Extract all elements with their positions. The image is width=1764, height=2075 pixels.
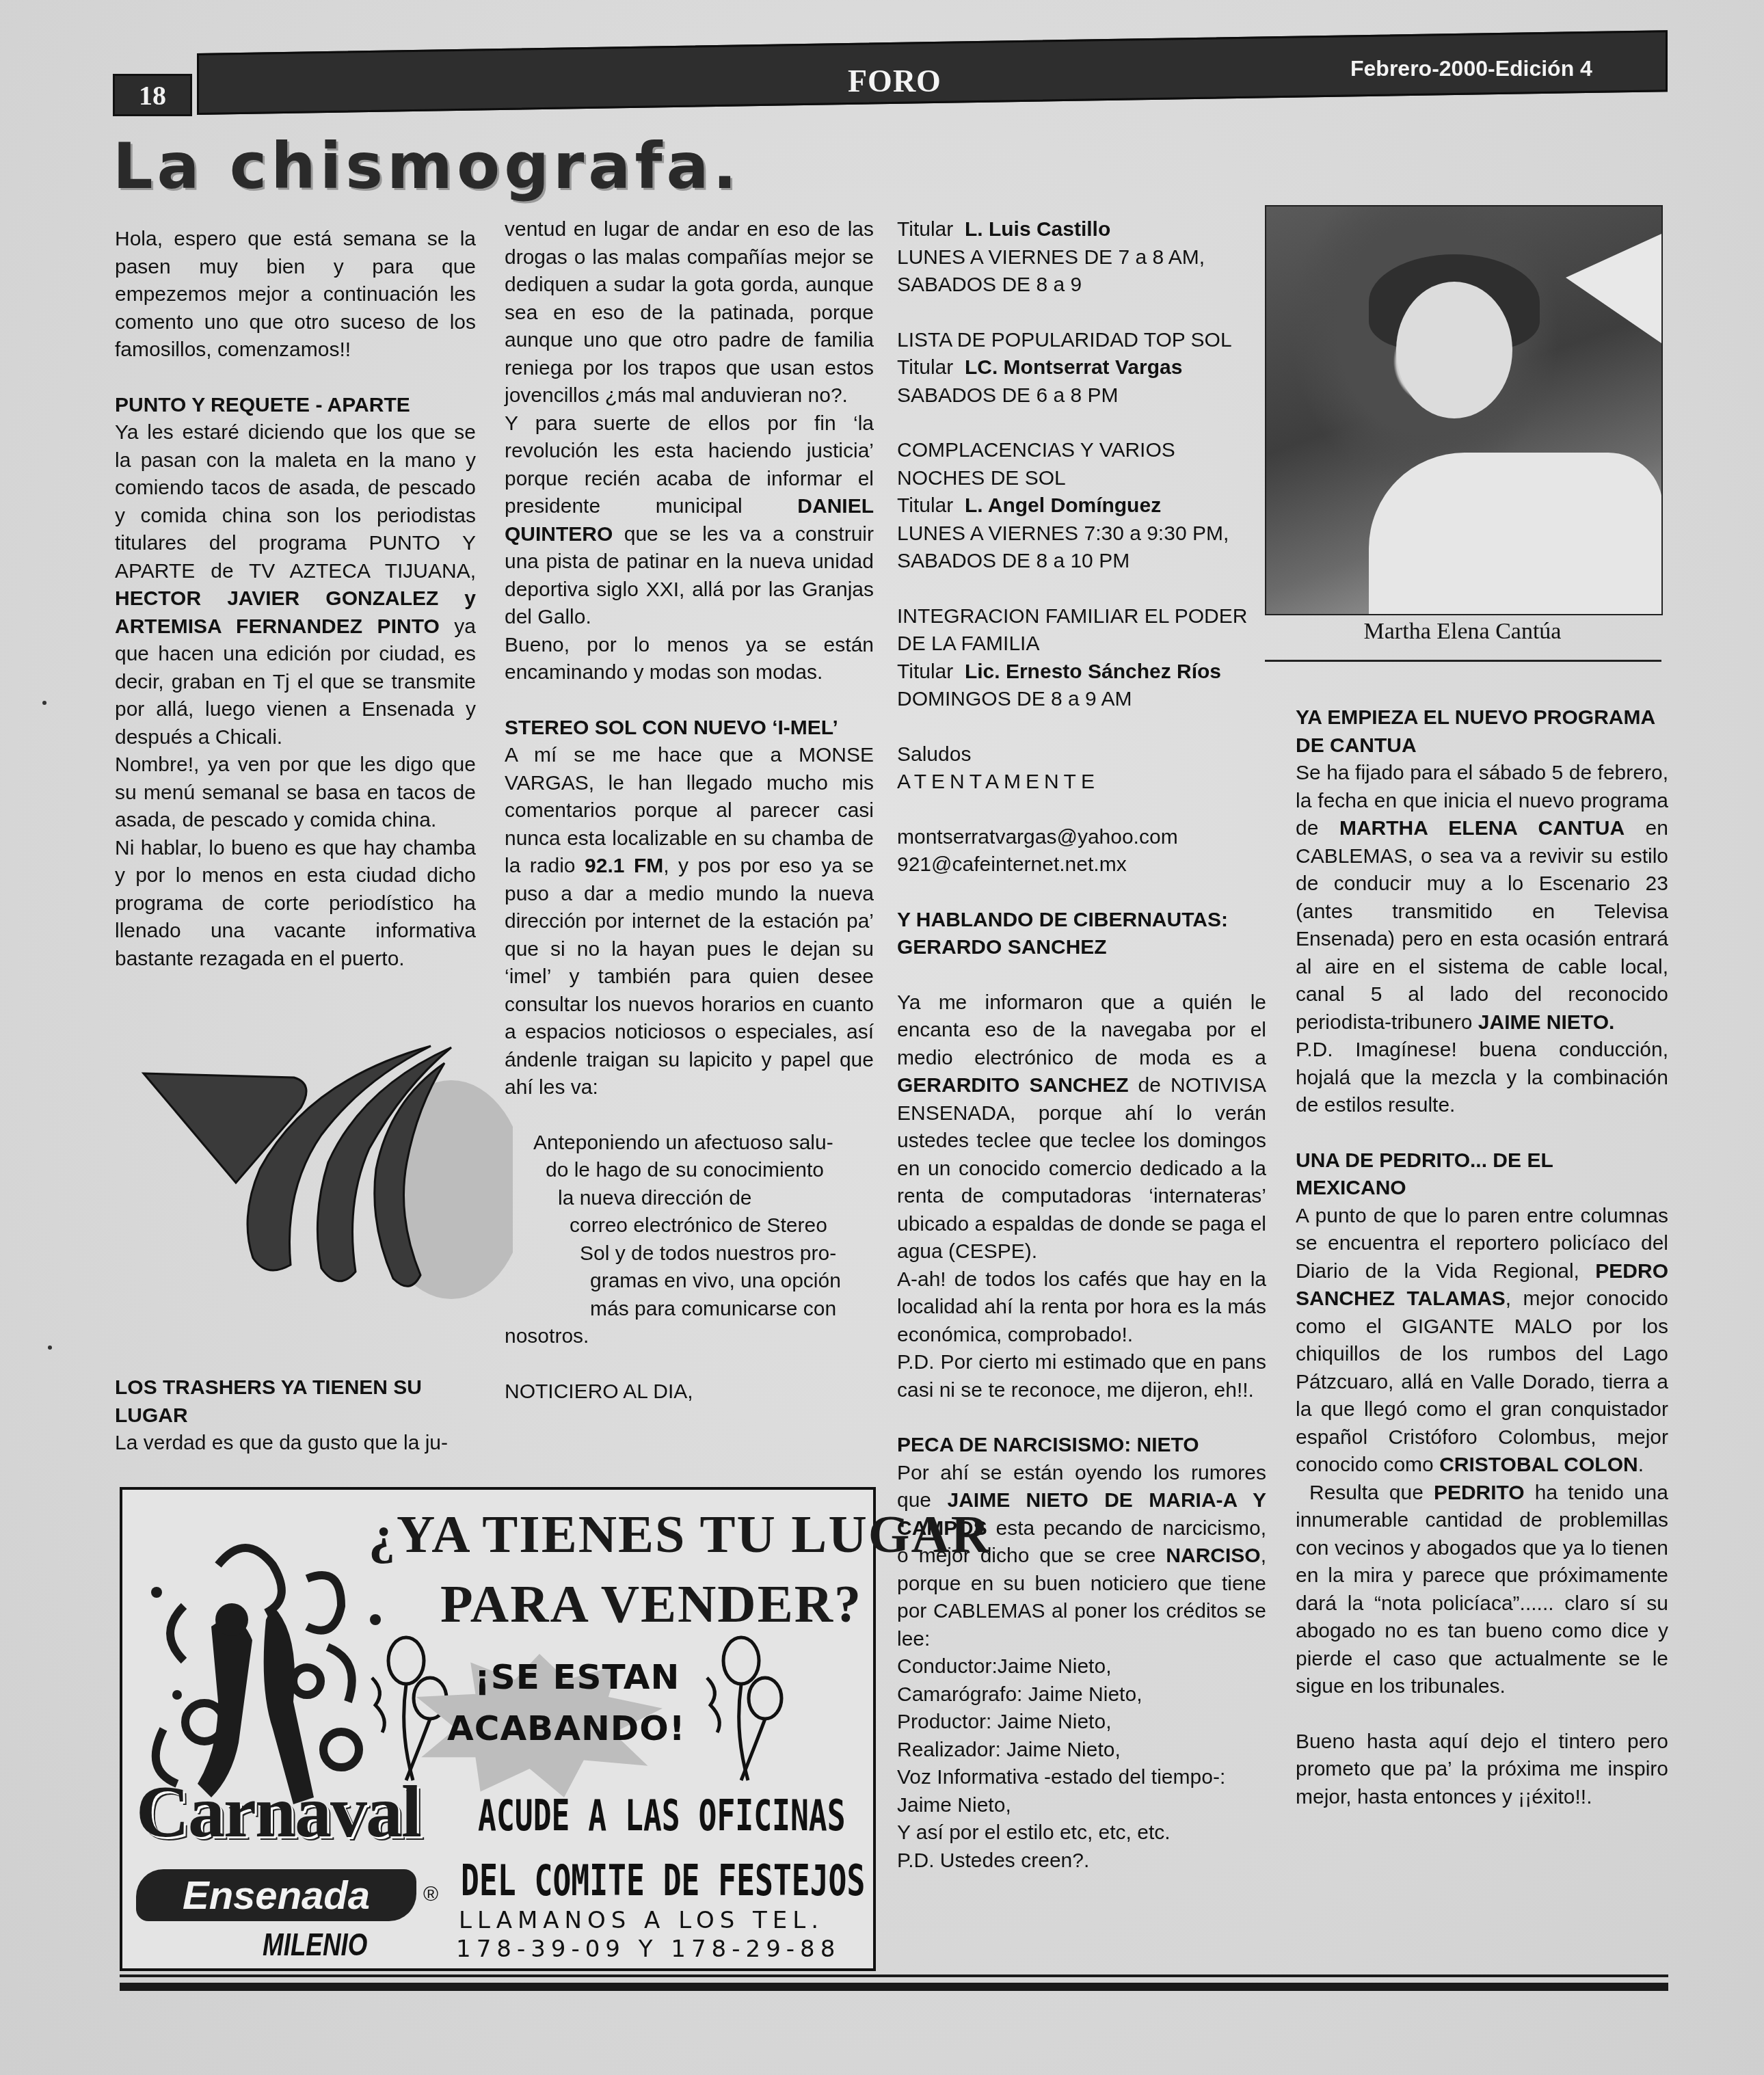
intro-paragraph: Hola, espero que está semana se la pasen… — [115, 226, 476, 364]
section-heading: LOS TRASHERS YA TIENEN SU LUGAR — [115, 1374, 476, 1430]
column-1: Hola, espero que está semana se la pasen… — [115, 226, 476, 973]
ad-call-to-action: DEL COMITE DE FESTEJOS — [461, 1856, 865, 1905]
ad-headline: PARA VENDER? — [440, 1573, 862, 1635]
credit-line: Conductor:Jaime Nieto, — [897, 1653, 1266, 1681]
article-paragraph: Ni hablar, lo bueno es que hay chamba y … — [115, 835, 476, 974]
credit-line: Productor: Jaime Nieto, — [897, 1709, 1266, 1737]
ad-headline: ¿YA TIENES TU LUGAR — [369, 1503, 991, 1565]
footer-rule — [120, 1974, 1668, 1977]
photo-caption: Martha Elena Cantúa — [1265, 619, 1660, 645]
brand-subtitle: MILENIO — [263, 1926, 367, 1963]
letter-line: la nueva dirección de — [505, 1185, 874, 1213]
article-paragraph: Nombre!, ya ven por que les digo que su … — [115, 751, 476, 835]
ad-burst-text: ACABANDO! — [447, 1709, 686, 1748]
page-number: 18 — [113, 74, 192, 116]
article-paragraph: A-ah! de todos los cafés que hay en la l… — [897, 1266, 1266, 1350]
program-listing: Titular L. Luis Castillo LUNES A VIERNES… — [897, 216, 1266, 299]
column-3: Titular L. Luis Castillo LUNES A VIERNES… — [897, 216, 1266, 1875]
section-title: FORO — [848, 63, 941, 99]
article-paragraph: Se ha fijado para el sábado 5 de febrero… — [1296, 760, 1668, 1036]
article-paragraph: A punto de que lo paren entre columnas s… — [1296, 1203, 1668, 1480]
carnaval-advertisement: Carnaval Ensenada ® MILENIO ¿YA TIENES T… — [120, 1487, 876, 1971]
print-speck — [42, 701, 46, 705]
station-logo-icon — [130, 1032, 513, 1306]
letter-line: do le hago de su conocimiento — [505, 1157, 874, 1185]
quoted-letter: Anteponiendo un afectuoso salu- do le ha… — [505, 1129, 874, 1406]
article-paragraph: Bueno, por lo menos ya se están encamina… — [505, 632, 874, 687]
article-paragraph: Y para suerte de ellos por fin ‘la revol… — [505, 410, 874, 632]
footer-rule — [120, 1983, 1668, 1991]
column-masthead: La chismografa. — [113, 130, 741, 203]
closing-paragraph: Bueno hasta aquí dejo el tintero pero pr… — [1296, 1728, 1668, 1812]
column-2: ventud en lugar de andar en eso de las d… — [505, 216, 874, 1406]
letter-line: más para comunicarse con — [505, 1296, 874, 1324]
registered-mark: ® — [423, 1883, 438, 1906]
ad-phone-label: LLAMANOS A LOS TEL. — [459, 1907, 824, 1934]
article-paragraph: A mí se me hace que a MONSE VARGAS, le h… — [505, 742, 874, 1102]
article-paragraph: Resulta que PEDRITO ha tenido una innume… — [1296, 1480, 1668, 1701]
portrait-photo — [1265, 205, 1663, 615]
masthead-title: La chismografa. — [113, 130, 741, 203]
ad-call-to-action: ACUDE A LAS OFICINAS — [478, 1791, 846, 1840]
letter-line: nosotros. — [505, 1323, 874, 1351]
credit-line: Camarógrafo: Jaime Nieto, — [897, 1681, 1266, 1709]
edition-label: Febrero-2000-Edición 4 — [1350, 56, 1592, 81]
section-heading: UNA DE PEDRITO... DE EL MEXICANO — [1296, 1147, 1668, 1203]
credit-line: Realizador: Jaime Nieto, — [897, 1737, 1266, 1765]
section-heading: PUNTO Y REQUETE - APARTE — [115, 392, 476, 420]
email-address: montserratvargas@yahoo.com — [897, 824, 1266, 852]
section-heading: YA EMPIEZA EL NUEVO PROGRAMA DE CANTUA — [1296, 704, 1668, 760]
brand-city-badge: Ensenada — [136, 1869, 416, 1921]
letter-line: Anteponiendo un afectuoso salu- — [505, 1129, 874, 1157]
balloons-icon — [700, 1630, 789, 1787]
caption-divider — [1265, 660, 1661, 662]
credit-line: Voz Informativa -estado del tiempo-: Jai… — [897, 1764, 1266, 1819]
letter-line: Sol y de todos nuestros pro- — [505, 1240, 874, 1268]
letter-signature: NOTICIERO AL DIA, — [505, 1378, 874, 1406]
article-paragraph: ventud en lugar de andar en eso de las d… — [505, 216, 874, 410]
article-paragraph: Ya les estaré diciendo que los que se la… — [115, 419, 476, 751]
letter-line: correo electrónico de Stereo — [505, 1212, 874, 1240]
letter-line: gramas en vivo, una opción — [505, 1268, 874, 1296]
section-heading: Y HABLANDO DE CIBERNAUTAS: GERARDO SANCH… — [897, 907, 1266, 962]
article-paragraph: P.D. Imagínese! buena conducción, hojalá… — [1296, 1036, 1668, 1120]
column-1-lower: LOS TRASHERS YA TIENEN SU LUGAR La verda… — [115, 1374, 476, 1458]
article-paragraph: P.D. Por cierto mi estimado que en pans … — [897, 1349, 1266, 1404]
program-listing: COMPLACENCIAS Y VARIOS NOCHES DE SOL Tit… — [897, 437, 1266, 576]
email-address: 921@cafeinternet.net.mx — [897, 851, 1266, 879]
program-listing: LISTA DE POPULARIDAD TOP SOL Titular LC.… — [897, 327, 1266, 410]
credit-line: P.D. Ustedes creen?. — [897, 1847, 1266, 1875]
credit-line: Y así por el estilo etc, etc, etc. — [897, 1819, 1266, 1847]
closing-salutation: Saludos — [897, 741, 1266, 769]
section-heading: PECA DE NARCISISMO: NIETO — [897, 1432, 1266, 1460]
column-4: YA EMPIEZA EL NUEVO PROGRAMA DE CANTUA S… — [1296, 704, 1668, 1811]
article-paragraph: La verdad es que da gusto que la ju- — [115, 1430, 476, 1458]
section-heading: STEREO SOL CON NUEVO ‘I-MEL’ — [505, 714, 874, 742]
ad-phone-numbers: 178-39-09 Y 178-29-88 — [456, 1936, 840, 1963]
ad-burst-text: ¡SE ESTAN — [475, 1657, 680, 1697]
program-listing: INTEGRACION FAMILIAR EL PODER DE LA FAMI… — [897, 603, 1266, 714]
article-paragraph: Ya me informaron que a quién le encanta … — [897, 989, 1266, 1266]
print-speck — [48, 1346, 52, 1350]
closing-signoff: ATENTAMENTE — [897, 768, 1266, 796]
